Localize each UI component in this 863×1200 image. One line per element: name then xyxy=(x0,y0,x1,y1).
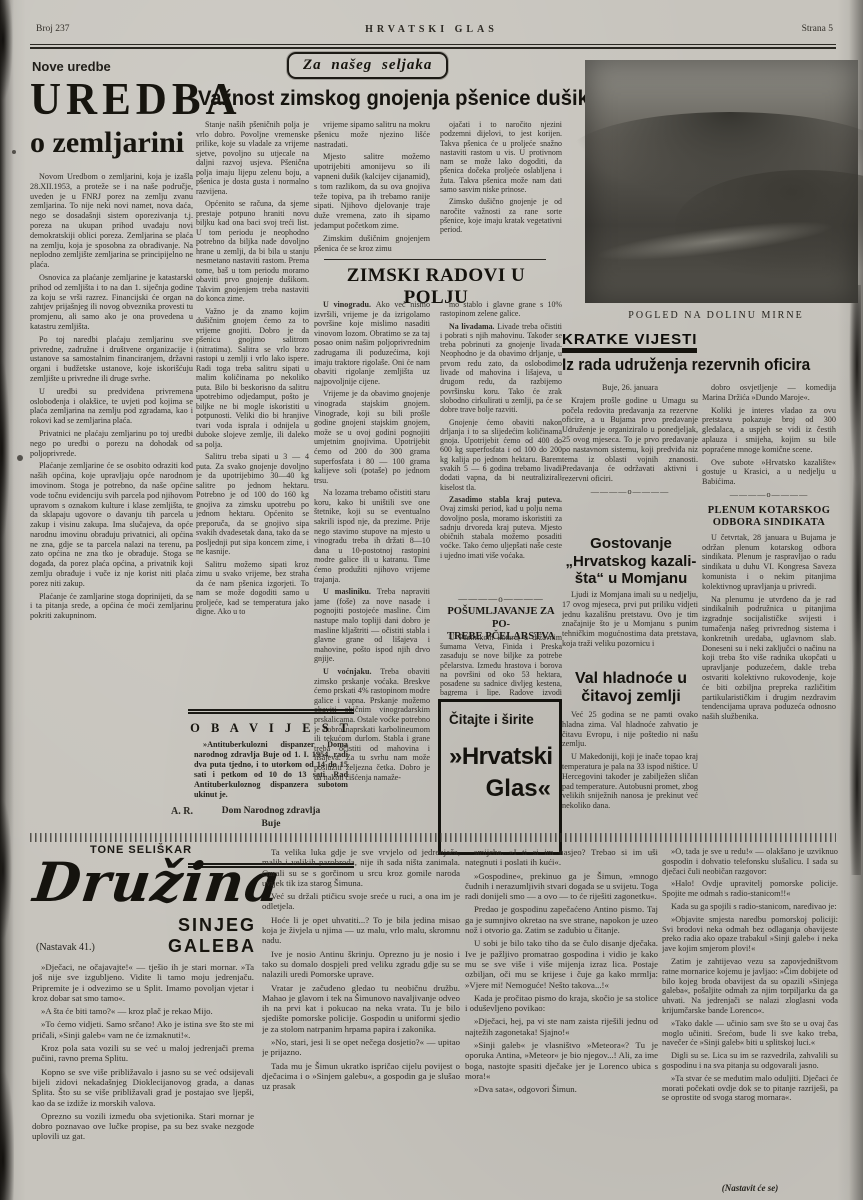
kicker-nove-uredbe: Nove uredbe xyxy=(32,59,111,74)
ink-smudge xyxy=(17,455,23,461)
novel-continuation-note: (Nastavak 41.) xyxy=(36,942,95,953)
gnojenje-column-2: vrijeme sipamo salitru na mokru pšenicu … xyxy=(314,120,430,257)
gostovanje-headline: Gostovanje „Hrvatskog kazali- šta“ u Mom… xyxy=(562,535,700,588)
valley-photo xyxy=(585,60,858,303)
gnojenje-column-3: ojačati i to naročito njezini podzemni d… xyxy=(440,120,562,257)
novel-title: Družina xyxy=(30,850,285,914)
masthead-page-number: Strana 5 xyxy=(802,24,833,34)
kicker-za-naseg-seljaka-label: Za našeg seljaka xyxy=(303,57,432,73)
novel-column-4: »O, tada je sve u redu!« — olakšano je u… xyxy=(662,847,838,1181)
posumljavanje-divider: ————o———— xyxy=(440,594,562,604)
uredba-subheadline: o zemljarini xyxy=(30,126,184,160)
masthead-rule xyxy=(30,44,836,49)
section-divider-hatch xyxy=(30,833,836,842)
novel-ending-note: (Nastavit će se) xyxy=(662,1183,838,1193)
promo-box: Čitajte i širite »Hrvatski Glas« xyxy=(438,699,562,855)
uredba-article-body: Novom Uredbom o zemljarini, koja je izaš… xyxy=(30,172,193,802)
masthead-title: HRVATSKI GLAS xyxy=(0,24,863,35)
gnojenje-headline: Važnost zimskog gnojenja pšenice dušikom xyxy=(198,86,574,111)
val-hladnoce-headline: Val hladnoće u čitavoj zemlji xyxy=(562,670,700,706)
kratke-column-2: dobro osvjetljenje — komedija Marina Drž… xyxy=(702,383,836,856)
novel-column-1: »Dječaci, ne očajavajte!« — tješio ih je… xyxy=(32,962,254,1192)
ink-smudge xyxy=(12,150,16,154)
scan-streak-right xyxy=(845,285,861,875)
kicker-za-naseg-seljaka-box: Za našeg seljaka xyxy=(287,52,448,79)
promo-title-line1: »Hrvatski xyxy=(449,743,551,771)
zimski-rule xyxy=(324,259,546,260)
kratke-column-1: Buje, 26. januaraKrajem prošle godine u … xyxy=(562,383,698,525)
gostovanje-body: Ljudi iz Momjana imali su u nedjelju, 17… xyxy=(562,590,698,666)
obavijest-body: »Antituberkulozni dispanzer Doma narodno… xyxy=(194,740,348,803)
kratke-vijesti-banner: KRATKE VIJESTI xyxy=(562,331,697,353)
obavijest-signature: Dom Narodnog zdravlja xyxy=(188,806,354,816)
newspaper-page: Broj 237 HRVATSKI GLAS Strana 5 Nove ure… xyxy=(0,0,863,1200)
kratke-vijesti-headline: Iz rada udruženja rezervnih oficira xyxy=(562,356,822,375)
gnojenje-column-1: Stanje naših pšeničnih polja je vrlo dob… xyxy=(196,120,309,706)
novel-subtitle: SINJEG GALEBA xyxy=(84,915,256,957)
scan-edge-left xyxy=(0,0,14,1200)
posumljavanje-body: U Pazinskom kotaru, u državnim šumama Ve… xyxy=(440,633,562,696)
zimski-column-2: mo stablo i glavne grane s 10% rastopino… xyxy=(440,300,562,592)
uredba-byline: A. R. xyxy=(30,806,193,817)
promo-tagline: Čitajte i širite xyxy=(449,712,551,727)
promo-title-line2: Glas« xyxy=(449,775,551,803)
novel-column-2: Ta velika luka gdje je sve vrvjelo od je… xyxy=(262,847,460,1193)
obavijest-signature-place: Buje xyxy=(188,819,354,829)
obavijest-title: O B A V I J E S T xyxy=(188,721,354,736)
photo-caption: POGLED NA DOLINU MIRNE xyxy=(585,310,847,321)
novel-column-3: smijeha. »I ti si im nasjeo? Trebao si i… xyxy=(465,847,658,1193)
